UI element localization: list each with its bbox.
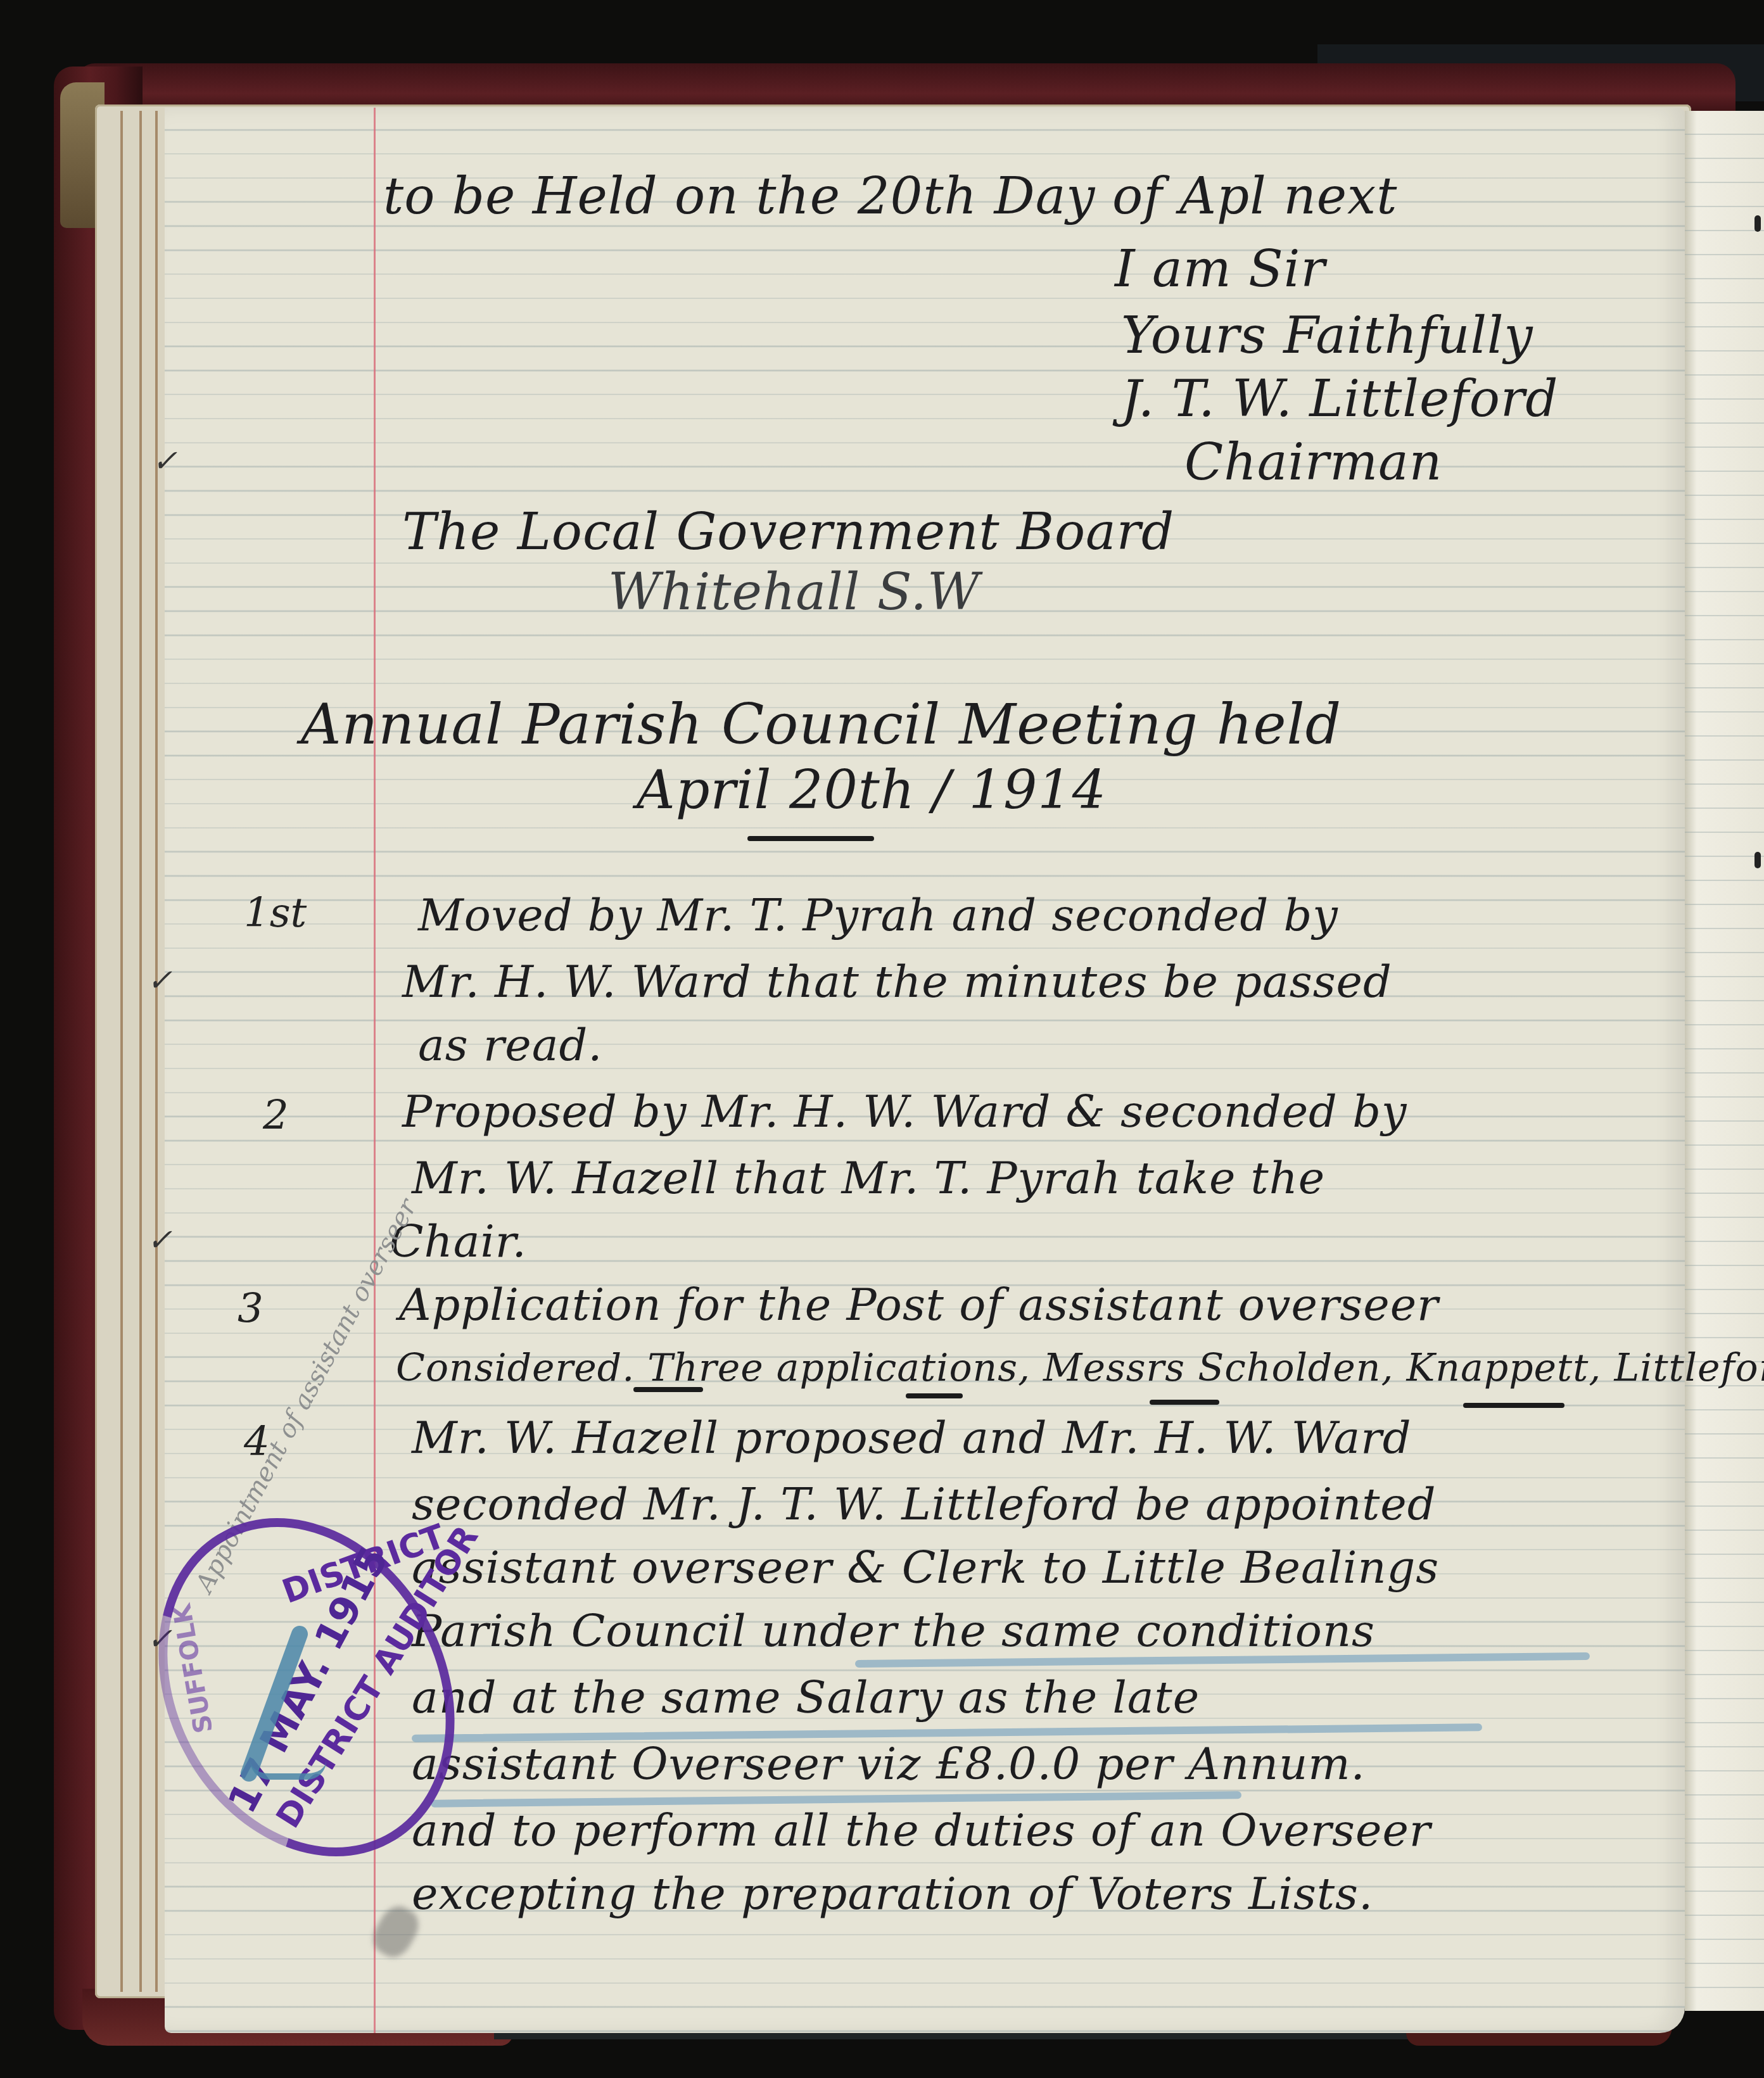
minute-4-line-5: and at the same Salary as the late	[412, 1675, 1200, 1720]
minute-3-line-1: Application for the Post of assistant ov…	[399, 1283, 1439, 1327]
minute-number-1: 1st	[244, 890, 307, 937]
page-edge	[155, 111, 158, 1992]
minute-4-line-8: excepting the preparation of Voters List…	[412, 1872, 1373, 1916]
ink-mark	[1754, 215, 1761, 232]
addressee-line-2: Whitehall S.W	[608, 567, 980, 618]
minute-2-line-2: Mr. W. Hazell that Mr. T. Pyrah take the	[412, 1156, 1325, 1200]
minute-4-line-3: assistant overseer & Clerk to Little Bea…	[412, 1545, 1439, 1590]
salutation-i-am-sir: I am Sir	[1115, 244, 1326, 295]
minute-1-line-3: as read.	[418, 1023, 603, 1067]
minute-number-3: 3	[238, 1286, 263, 1333]
minute-4-line-1: Mr. W. Hazell proposed and Mr. H. W. War…	[412, 1416, 1412, 1460]
ink-mark	[1754, 852, 1761, 868]
minute-4-line-4: Parish Council under the same conditions	[412, 1609, 1375, 1653]
blue-pencil-initial	[250, 1761, 326, 1780]
minute-2-line-1: Proposed by Mr. H. W. Ward & seconded by	[402, 1089, 1407, 1134]
salutation-yours-faithfully: Yours Faithfully	[1121, 310, 1533, 361]
minute-3-line-2: Considered. Three applications, Messrs S…	[396, 1349, 1764, 1387]
heading-underline	[747, 836, 874, 841]
underline-considered	[633, 1387, 703, 1392]
minute-4-line-2: seconded Mr. J. T. W. Littleford be appo…	[412, 1482, 1437, 1526]
letter-closing-line: to be Held on the 20th Day of Apl next	[383, 171, 1397, 222]
margin-tick: ✓	[147, 1222, 172, 1258]
underline-applications	[906, 1393, 963, 1398]
minute-1-line-1: Moved by Mr. T. Pyrah and seconded by	[418, 893, 1338, 937]
underline-scholden	[1150, 1400, 1219, 1405]
margin-tick: ✓	[147, 963, 172, 998]
minute-number-2: 2	[263, 1093, 289, 1139]
signature: J. T. W. Littleford	[1121, 374, 1558, 424]
addressee-line-1: The Local Government Board	[402, 507, 1174, 557]
facing-page-edge	[1685, 111, 1764, 2011]
minute-4-line-7: and to perform all the duties of an Over…	[412, 1808, 1431, 1853]
margin-tick: ✓	[152, 443, 177, 479]
meeting-date: April 20th / 1914	[637, 763, 1107, 816]
minute-4-line-6: assistant Overseer viz £8.0.0 per Annum.	[412, 1742, 1366, 1786]
signatory-title: Chairman	[1184, 437, 1442, 488]
page-edge	[139, 111, 142, 1992]
page-edge	[120, 111, 123, 1992]
minute-1-line-2: Mr. H. W. Ward that the minutes be passe…	[402, 960, 1392, 1004]
underline-knappett	[1463, 1403, 1564, 1408]
meeting-heading: Annual Parish Council Meeting held	[301, 697, 1342, 752]
